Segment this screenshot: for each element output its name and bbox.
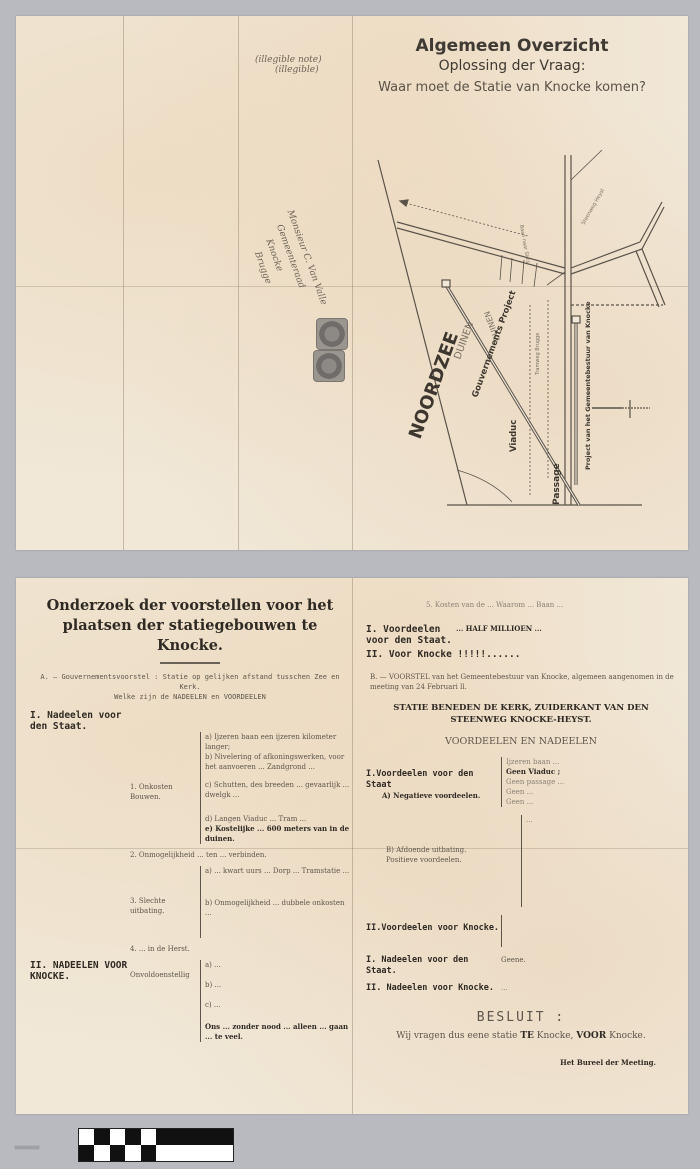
svg-text:Tramweg Brugge: Tramweg Brugge (535, 333, 541, 376)
map-question: Waar moet de Statie van Knocke komen? (352, 80, 672, 95)
svg-text:Passage: Passage (552, 463, 562, 505)
svg-text:Gouvernements Project: Gouvernements Project (470, 289, 518, 399)
archive-tag (14, 1145, 40, 1150)
handwritten-note: (illegible note) (illegible) (255, 55, 322, 75)
besluit-text: Wij vragen dus eene statie TE Knocke, VO… (366, 1031, 676, 1042)
map-subtitle: Oplossing der Vraag: (352, 58, 672, 74)
postage-stamp (313, 350, 345, 382)
map-title: Algemeen Overzicht (352, 36, 672, 56)
besluit-heading: BESLUIT : (366, 1012, 676, 1023)
svg-text:NOORDZEE: NOORDZEE (405, 329, 463, 442)
postage-stamp (316, 318, 348, 350)
signature: Het Bureel der Meeting. (366, 1058, 676, 1068)
text-sheet: Onderzoek der voorstellen voor het plaat… (16, 578, 688, 1114)
nadeelen-staat-block: I. Nadeelen voor den Staat. (30, 710, 350, 732)
svg-text:Project van het Gemeentebestuu: Project van het Gemeentebestuur van Knoc… (584, 301, 592, 470)
document-heading: Onderzoek der voorstellen voor het plaat… (30, 596, 350, 656)
left-column: Onderzoek der voorstellen voor het plaat… (30, 588, 350, 1042)
svg-text:Baan naar Sluis: Baan naar Sluis (518, 224, 531, 264)
scale-checker (78, 1128, 234, 1162)
svg-text:Steenweg Heyst: Steenweg Heyst (581, 188, 607, 226)
station-map: NOORDZEE DUINEN DUINEN Gouvernements Pro… (352, 110, 672, 510)
divider (160, 662, 220, 664)
svg-text:Viaduc: Viaduc (509, 420, 519, 452)
right-column: 5. Kosten van de ... Waarom ... Baan ...… (366, 588, 676, 1068)
